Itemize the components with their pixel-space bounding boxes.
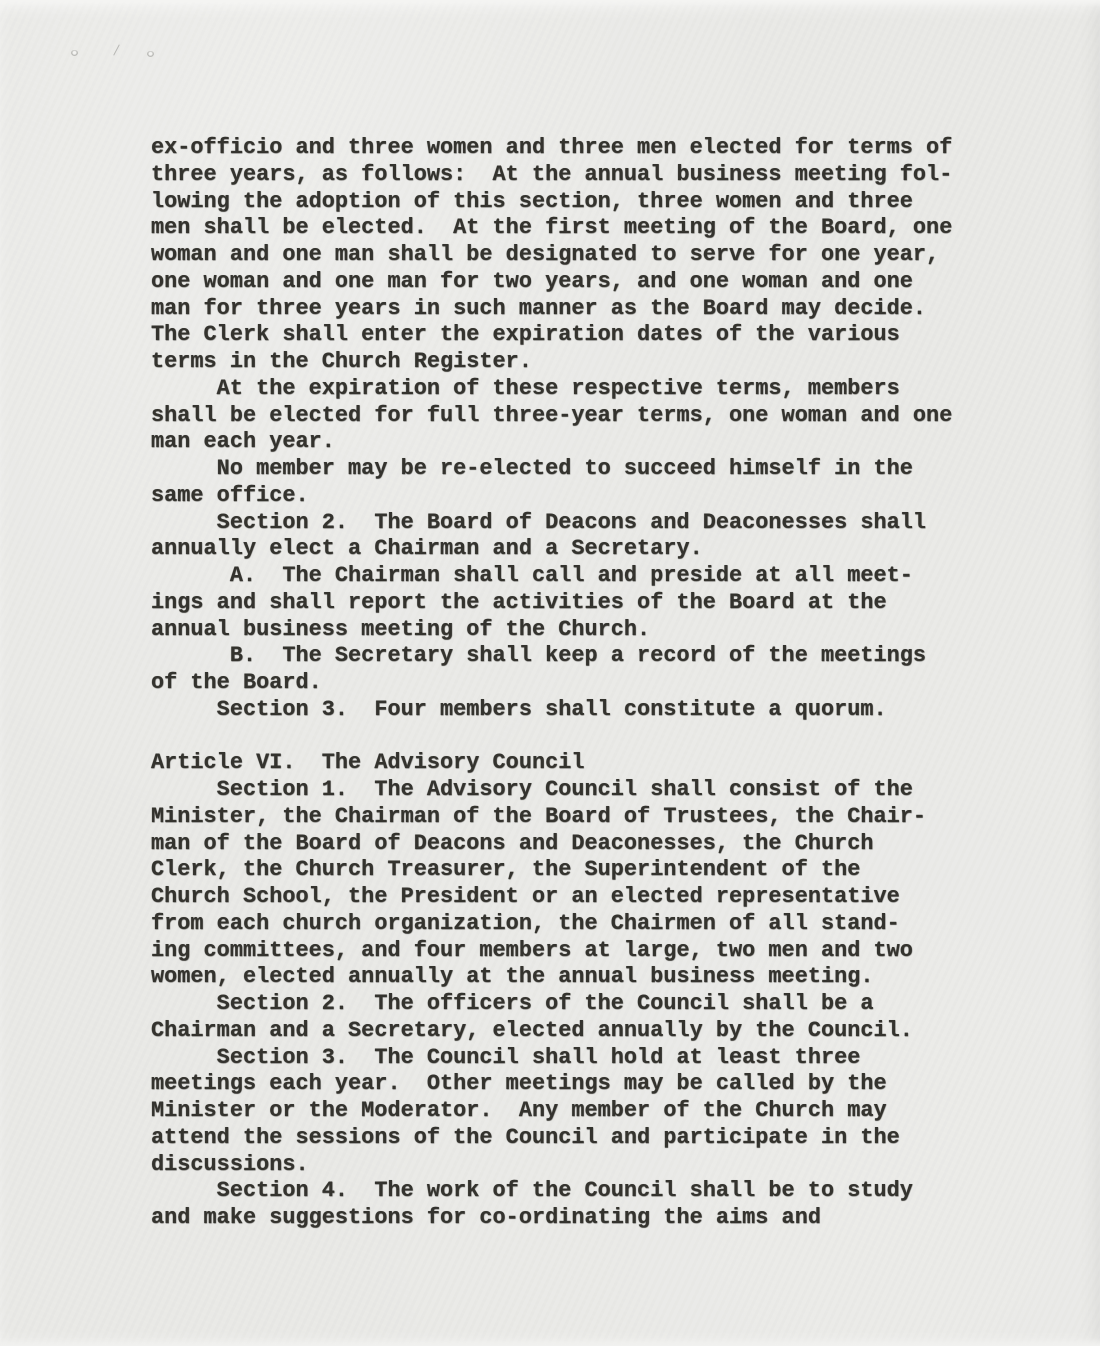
text-line: No member may be re-elected to succeed h…	[151, 456, 952, 483]
text-line: Section 3. The Council shall hold at lea…	[151, 1045, 952, 1072]
text-line: and make suggestions for co-ordinating t…	[151, 1205, 952, 1232]
text-line: terms in the Church Register.	[151, 349, 952, 376]
paper-speck	[71, 50, 78, 56]
text-line: Section 4. The work of the Council shall…	[151, 1178, 952, 1205]
text-line: man for three years in such manner as th…	[151, 296, 952, 323]
text-line: The Clerk shall enter the expiration dat…	[151, 322, 952, 349]
text-line: annual business meeting of the Church.	[151, 617, 952, 644]
text-line: lowing the adoption of this section, thr…	[151, 189, 952, 216]
text-line: one woman and one man for two years, and…	[151, 269, 952, 296]
text-line: three years, as follows: At the annual b…	[151, 162, 952, 189]
text-line: Section 3. Four members shall constitute…	[151, 697, 952, 724]
text-line: shall be elected for full three-year ter…	[151, 403, 952, 430]
text-line: women, elected annually at the annual bu…	[151, 964, 952, 991]
text-line: Section 2. The officers of the Council s…	[151, 991, 952, 1018]
document-page: ex-officio and three women and three men…	[0, 0, 1100, 1346]
text-line: Clerk, the Church Treasurer, the Superin…	[151, 857, 952, 884]
text-line: ex-officio and three women and three men…	[151, 135, 952, 162]
text-line: man each year.	[151, 429, 952, 456]
text-line: meetings each year. Other meetings may b…	[151, 1071, 952, 1098]
text-line: Church School, the President or an elect…	[151, 884, 952, 911]
text-line: man of the Board of Deacons and Deacones…	[151, 831, 952, 858]
text-line: Chairman and a Secretary, elected annual…	[151, 1018, 952, 1045]
text-line: men shall be elected. At the first meeti…	[151, 215, 952, 242]
text-line: woman and one man shall be designated to…	[151, 242, 952, 269]
text-line: attend the sessions of the Council and p…	[151, 1125, 952, 1152]
text-line: discussions.	[151, 1152, 952, 1179]
text-line	[151, 724, 952, 751]
text-line: At the expiration of these respective te…	[151, 376, 952, 403]
text-line: A. The Chairman shall call and preside a…	[151, 563, 952, 590]
text-line: B. The Secretary shall keep a record of …	[151, 643, 952, 670]
paper-fiber-mark	[113, 44, 120, 55]
text-line: ings and shall report the activities of …	[151, 590, 952, 617]
text-line: annually elect a Chairman and a Secretar…	[151, 536, 952, 563]
text-line: same office.	[151, 483, 952, 510]
text-line: ing committees, and four members at larg…	[151, 938, 952, 965]
typewritten-text-block: ex-officio and three women and three men…	[151, 135, 952, 1232]
paper-speck	[147, 51, 154, 57]
text-line: Minister, the Chairman of the Board of T…	[151, 804, 952, 831]
text-line: Section 1. The Advisory Council shall co…	[151, 777, 952, 804]
text-line: of the Board.	[151, 670, 952, 697]
text-line: Article VI. The Advisory Council	[151, 750, 952, 777]
text-line: from each church organization, the Chair…	[151, 911, 952, 938]
text-line: Minister or the Moderator. Any member of…	[151, 1098, 952, 1125]
text-line: Section 2. The Board of Deacons and Deac…	[151, 510, 952, 537]
